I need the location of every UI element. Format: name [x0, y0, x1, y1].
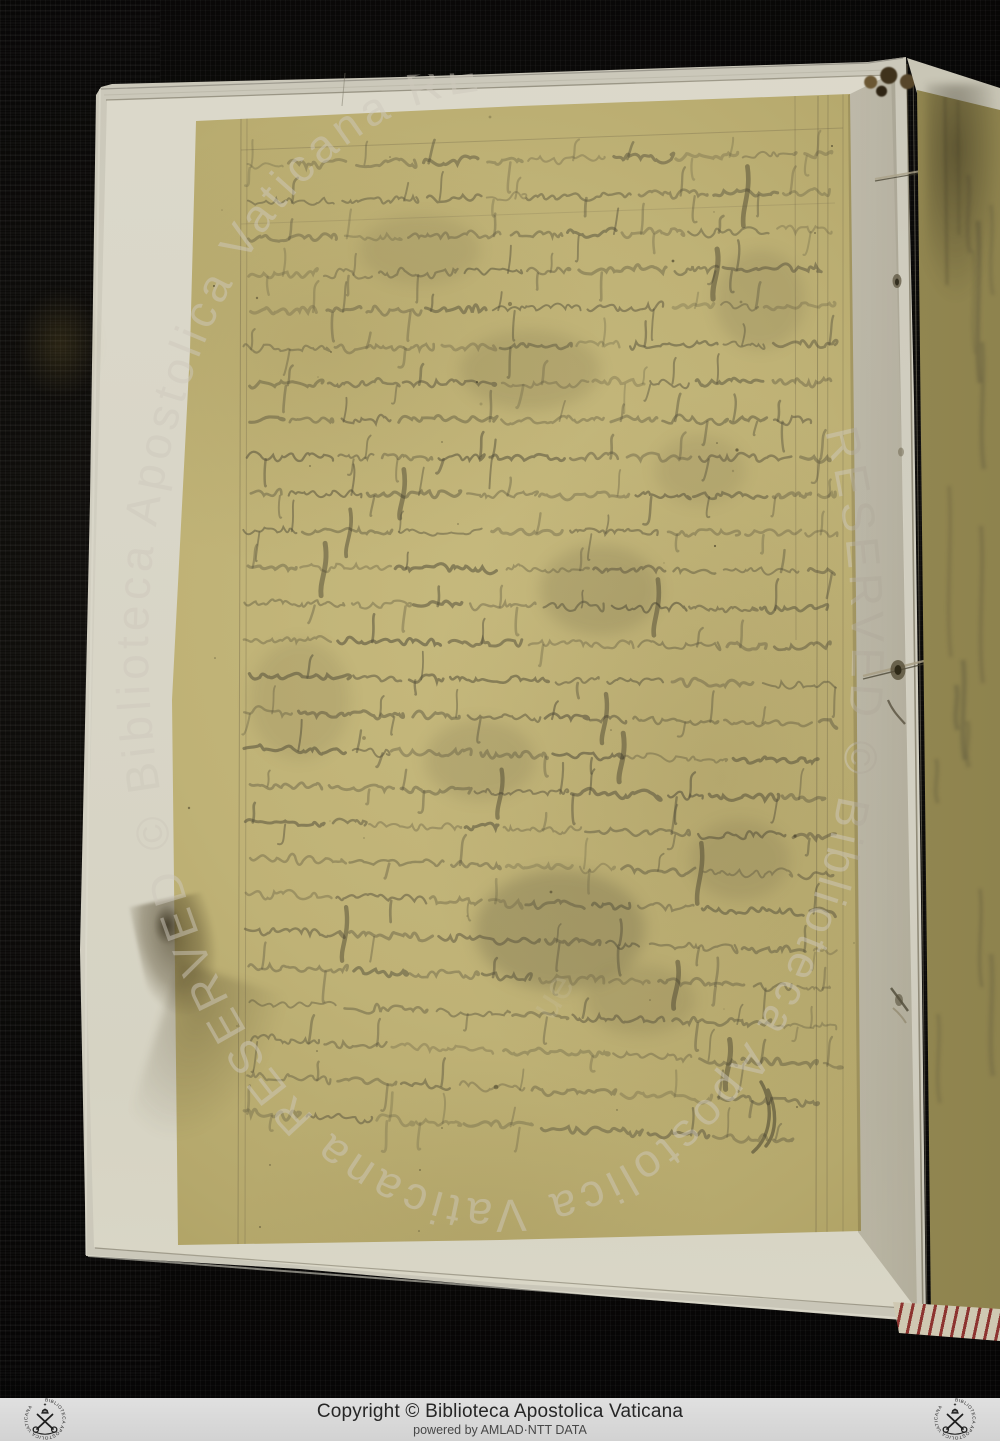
copyright-text: Copyright © Biblioteca Apostolica Vatica… — [317, 1402, 683, 1421]
manuscript-viewer: RESERVED © Biblioteca Apostolica Vatican… — [0, 0, 1000, 1441]
vatican-logo-icon: BIBLIOTECA APOSTOLICA VATICANA — [923, 1398, 987, 1441]
viewer-footer: BIBLIOTECA APOSTOLICA VATICANA Copyright… — [0, 1398, 1000, 1441]
vatican-logo-icon: BIBLIOTECA APOSTOLICA VATICANA — [13, 1398, 77, 1441]
binding-stitches — [0, 0, 1000, 1441]
powered-by-text: powered by AMLAD·NTT DATA — [317, 1424, 683, 1437]
facing-top-stain — [926, 84, 1000, 299]
scan-canvas[interactable]: RESERVED © Biblioteca Apostolica Vatican… — [0, 0, 1000, 1398]
